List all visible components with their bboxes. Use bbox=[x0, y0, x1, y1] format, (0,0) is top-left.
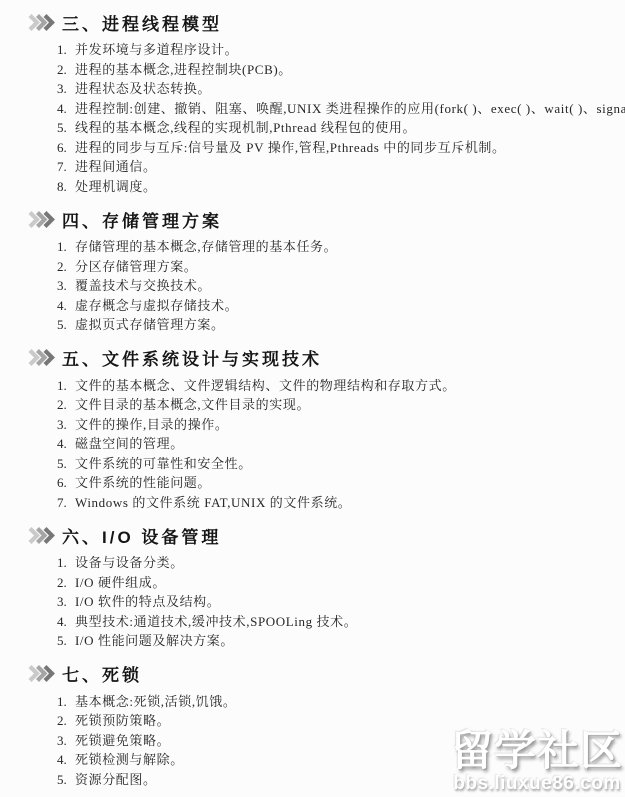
list-item: 5.I/O 性能问题及解决方案。 bbox=[57, 631, 617, 651]
item-text: 进程的基本概念,进程控制块(PCB)。 bbox=[75, 62, 292, 77]
list-item: 7.进程间通信。 bbox=[57, 157, 617, 177]
item-number: 5. bbox=[57, 118, 75, 138]
item-number: 1. bbox=[57, 553, 75, 573]
section-title: 六、I/O 设备管理 bbox=[62, 523, 221, 548]
list-item: 3.文件的操作,目录的操作。 bbox=[57, 415, 617, 435]
section-header: 六、I/O 设备管理 bbox=[28, 523, 617, 547]
item-text: 文件的操作,目录的操作。 bbox=[75, 417, 228, 432]
outline-sections: 三、进程线程模型 1.并发环境与多道程序设计。2.进程的基本概念,进程控制块(P… bbox=[28, 10, 617, 789]
list-item: 4.典型技术:通道技术,缓冲技术,SPOOLing 技术。 bbox=[57, 612, 617, 632]
triple-chevron-right-icon bbox=[28, 349, 55, 366]
item-text: 进程的同步与互斥:信号量及 PV 操作,管程,Pthreads 中的同步互斥机制… bbox=[75, 140, 506, 155]
outline-section: 三、进程线程模型 1.并发环境与多道程序设计。2.进程的基本概念,进程控制块(P… bbox=[28, 10, 617, 196]
item-text: 存储管理的基本概念,存储管理的基本任务。 bbox=[75, 239, 337, 254]
section-header: 五、文件系统设计与实现技术 bbox=[28, 346, 617, 370]
item-text: 线程的基本概念,线程的实现机制,Pthread 线程包的使用。 bbox=[75, 120, 416, 135]
list-item: 4.死锁检测与解除。 bbox=[57, 750, 617, 770]
list-item: 2.分区存储管理方案。 bbox=[57, 257, 617, 277]
section-header: 三、进程线程模型 bbox=[28, 10, 617, 34]
list-item: 2.死锁预防策略。 bbox=[57, 711, 617, 731]
item-text: 文件系统的性能问题。 bbox=[75, 475, 211, 490]
item-text: Windows 的文件系统 FAT,UNIX 的文件系统。 bbox=[75, 495, 351, 510]
item-number: 2. bbox=[57, 395, 75, 415]
item-text: 资源分配图。 bbox=[75, 772, 157, 787]
triple-chevron-right-icon bbox=[28, 527, 55, 544]
list-item: 1.文件的基本概念、文件逻辑结构、文件的物理结构和存取方式。 bbox=[57, 376, 617, 396]
item-number: 7. bbox=[57, 493, 75, 513]
list-item: 2.文件目录的基本概念,文件目录的实现。 bbox=[57, 395, 617, 415]
item-number: 4. bbox=[57, 296, 75, 316]
section-header: 七、死锁 bbox=[28, 662, 617, 686]
list-item: 3.进程状态及状态转换。 bbox=[57, 79, 617, 99]
outline-section: 四、存储管理方案 1.存储管理的基本概念,存储管理的基本任务。2.分区存储管理方… bbox=[28, 207, 617, 335]
list-item: 4.磁盘空间的管理。 bbox=[57, 434, 617, 454]
item-text: 磁盘空间的管理。 bbox=[75, 436, 184, 451]
triple-chevron-right-icon bbox=[28, 665, 55, 682]
item-text: 分区存储管理方案。 bbox=[75, 259, 197, 274]
item-number: 2. bbox=[57, 711, 75, 731]
section-title: 四、存储管理方案 bbox=[62, 207, 222, 232]
item-text: 进程控制:创建、撤销、阻塞、唤醒,UNIX 类进程操作的应用(fork( )、e… bbox=[75, 101, 625, 116]
section-title: 三、进程线程模型 bbox=[62, 10, 222, 35]
item-number: 7. bbox=[57, 157, 75, 177]
list-item: 6.文件系统的性能问题。 bbox=[57, 473, 617, 493]
item-number: 2. bbox=[57, 573, 75, 593]
item-text: 虚存概念与虚拟存储技术。 bbox=[75, 298, 238, 313]
item-text: I/O 性能问题及解决方案。 bbox=[75, 633, 234, 648]
outline-section: 七、死锁 1.基本概念:死锁,活锁,饥饿。2.死锁预防策略。3.死锁避免策略。4… bbox=[28, 662, 617, 790]
list-item: 7.Windows 的文件系统 FAT,UNIX 的文件系统。 bbox=[57, 493, 617, 513]
item-number: 3. bbox=[57, 276, 75, 296]
item-text: I/O 硬件组成。 bbox=[75, 575, 166, 590]
item-text: 设备与设备分类。 bbox=[75, 555, 184, 570]
section-title: 五、文件系统设计与实现技术 bbox=[62, 345, 322, 370]
list-item: 1.并发环境与多道程序设计。 bbox=[57, 40, 617, 60]
item-number: 3. bbox=[57, 731, 75, 751]
list-item: 1.设备与设备分类。 bbox=[57, 553, 617, 573]
item-text: 文件系统的可靠性和安全性。 bbox=[75, 456, 252, 471]
item-text: 死锁避免策略。 bbox=[75, 733, 170, 748]
item-number: 1. bbox=[57, 237, 75, 257]
item-number: 4. bbox=[57, 99, 75, 119]
item-number: 2. bbox=[57, 257, 75, 277]
outline-section: 五、文件系统设计与实现技术 1.文件的基本概念、文件逻辑结构、文件的物理结构和存… bbox=[28, 346, 617, 513]
list-item: 1.存储管理的基本概念,存储管理的基本任务。 bbox=[57, 237, 617, 257]
section-item-list: 1.存储管理的基本概念,存储管理的基本任务。2.分区存储管理方案。3.覆盖技术与… bbox=[28, 237, 617, 335]
item-number: 8. bbox=[57, 177, 75, 197]
item-number: 5. bbox=[57, 770, 75, 790]
item-text: 覆盖技术与交换技术。 bbox=[75, 278, 211, 293]
item-number: 3. bbox=[57, 415, 75, 435]
outline-section: 六、I/O 设备管理 1.设备与设备分类。2.I/O 硬件组成。3.I/O 软件… bbox=[28, 523, 617, 651]
item-number: 4. bbox=[57, 750, 75, 770]
item-number: 5. bbox=[57, 454, 75, 474]
item-number: 5. bbox=[57, 315, 75, 335]
list-item: 1.基本概念:死锁,活锁,饥饿。 bbox=[57, 692, 617, 712]
item-text: 并发环境与多道程序设计。 bbox=[75, 42, 238, 57]
item-number: 5. bbox=[57, 631, 75, 651]
item-number: 4. bbox=[57, 612, 75, 632]
item-number: 6. bbox=[57, 138, 75, 158]
section-item-list: 1.基本概念:死锁,活锁,饥饿。2.死锁预防策略。3.死锁避免策略。4.死锁检测… bbox=[28, 692, 617, 790]
item-number: 1. bbox=[57, 692, 75, 712]
list-item: 2.进程的基本概念,进程控制块(PCB)。 bbox=[57, 60, 617, 80]
list-item: 4.虚存概念与虚拟存储技术。 bbox=[57, 296, 617, 316]
item-text: 进程状态及状态转换。 bbox=[75, 81, 211, 96]
list-item: 5.资源分配图。 bbox=[57, 770, 617, 790]
section-item-list: 1.文件的基本概念、文件逻辑结构、文件的物理结构和存取方式。2.文件目录的基本概… bbox=[28, 376, 617, 513]
item-text: 死锁预防策略。 bbox=[75, 713, 170, 728]
list-item: 5.虚拟页式存储管理方案。 bbox=[57, 315, 617, 335]
section-header: 四、存储管理方案 bbox=[28, 207, 617, 231]
list-item: 6.进程的同步与互斥:信号量及 PV 操作,管程,Pthreads 中的同步互斥… bbox=[57, 138, 617, 158]
item-text: 虚拟页式存储管理方案。 bbox=[75, 317, 225, 332]
section-item-list: 1.设备与设备分类。2.I/O 硬件组成。3.I/O 软件的特点及结构。4.典型… bbox=[28, 553, 617, 651]
item-number: 1. bbox=[57, 376, 75, 396]
triple-chevron-right-icon bbox=[28, 14, 55, 31]
list-item: 3.死锁避免策略。 bbox=[57, 731, 617, 751]
document-page: 三、进程线程模型 1.并发环境与多道程序设计。2.进程的基本概念,进程控制块(P… bbox=[0, 0, 625, 797]
item-number: 4. bbox=[57, 434, 75, 454]
list-item: 5.线程的基本概念,线程的实现机制,Pthread 线程包的使用。 bbox=[57, 118, 617, 138]
item-number: 1. bbox=[57, 40, 75, 60]
item-text: I/O 软件的特点及结构。 bbox=[75, 594, 220, 609]
item-text: 文件目录的基本概念,文件目录的实现。 bbox=[75, 397, 310, 412]
item-text: 进程间通信。 bbox=[75, 159, 157, 174]
list-item: 5.文件系统的可靠性和安全性。 bbox=[57, 454, 617, 474]
list-item: 3.覆盖技术与交换技术。 bbox=[57, 276, 617, 296]
item-number: 3. bbox=[57, 79, 75, 99]
list-item: 3.I/O 软件的特点及结构。 bbox=[57, 592, 617, 612]
item-number: 6. bbox=[57, 473, 75, 493]
item-text: 基本概念:死锁,活锁,饥饿。 bbox=[75, 694, 237, 709]
list-item: 8.处理机调度。 bbox=[57, 177, 617, 197]
item-text: 处理机调度。 bbox=[75, 179, 157, 194]
item-number: 2. bbox=[57, 60, 75, 80]
item-number: 3. bbox=[57, 592, 75, 612]
section-item-list: 1.并发环境与多道程序设计。2.进程的基本概念,进程控制块(PCB)。3.进程状… bbox=[28, 40, 617, 196]
triple-chevron-right-icon bbox=[28, 211, 55, 228]
item-text: 典型技术:通道技术,缓冲技术,SPOOLing 技术。 bbox=[75, 614, 357, 629]
item-text: 文件的基本概念、文件逻辑结构、文件的物理结构和存取方式。 bbox=[75, 378, 456, 393]
list-item: 4.进程控制:创建、撤销、阻塞、唤醒,UNIX 类进程操作的应用(fork( )… bbox=[57, 99, 617, 119]
list-item: 2.I/O 硬件组成。 bbox=[57, 573, 617, 593]
section-title: 七、死锁 bbox=[62, 661, 142, 686]
item-text: 死锁检测与解除。 bbox=[75, 752, 184, 767]
